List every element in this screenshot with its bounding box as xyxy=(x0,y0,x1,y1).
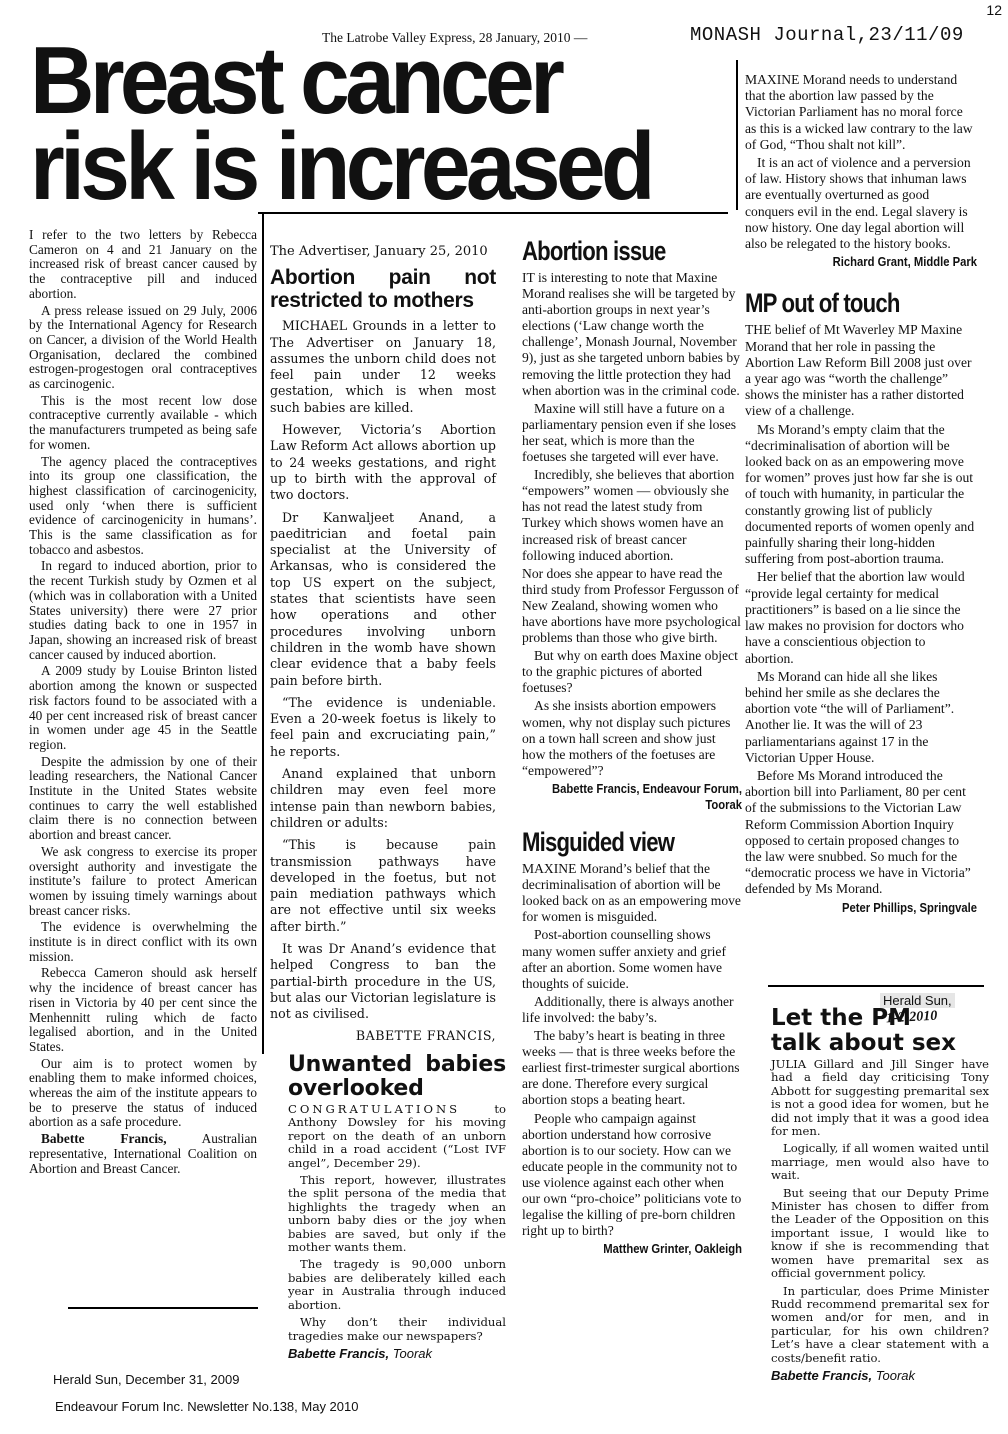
paragraph: The evidence is overwhelming the institu… xyxy=(29,920,257,964)
paragraph: We ask congress to exercise its proper o… xyxy=(29,845,257,919)
signature-place: Toorak xyxy=(389,1346,432,1361)
pm-headline-line-1: Let the PM xyxy=(771,1006,989,1031)
paragraph: Logically, if all women waited until mar… xyxy=(771,1142,989,1182)
paragraph: But why on earth does Maxine object to t… xyxy=(522,648,742,696)
paragraph: Post-abortion counselling shows many wom… xyxy=(522,927,742,991)
signature: Richard Grant, Middle Park xyxy=(768,254,977,270)
paragraph: In particular, does Prime Minister Rudd … xyxy=(771,1285,989,1365)
paragraph: A press release issued on 29 July, 2006 … xyxy=(29,304,257,392)
paragraph: JULIA Gillard and Jill Singer have had a… xyxy=(771,1058,989,1138)
paragraph: Ms Morand can hide all she likes behind … xyxy=(745,669,977,766)
advertiser-letter: The Advertiser, January 25, 2010 Abortio… xyxy=(270,244,496,1045)
paragraph: The agency placed the contraceptives int… xyxy=(29,455,257,558)
paragraph: I refer to the two letters by Rebecca Ca… xyxy=(29,228,257,302)
paragraph: Before Ms Morand introduced the abortion… xyxy=(745,768,977,898)
signature-line-1: Babette Francis, Endeavour Forum, xyxy=(544,781,742,797)
paragraph: However, Victoria’s Abortion Law Reform … xyxy=(270,422,496,503)
signature-place: Toorak xyxy=(872,1368,915,1383)
column-divider-left xyxy=(262,214,264,1054)
headline-line-2: risk is increased xyxy=(30,124,681,210)
paragraph: As she insists abortion empowers women, … xyxy=(522,698,742,778)
signature: Babette Francis, Toorak xyxy=(771,1369,989,1382)
signature-name: Babette Francis, xyxy=(288,1346,389,1361)
paragraph: Rebecca Cameron should ask herself why t… xyxy=(29,966,257,1054)
signature: Babette Francis, Toorak xyxy=(288,1347,506,1360)
pm-headline-line-2: talk about sex xyxy=(771,1031,989,1056)
lead-paragraph: CONGRATULATIONS to Anthony Dowsley for h… xyxy=(288,1103,506,1170)
abortion-issue-headline: Abortion issue xyxy=(522,236,702,266)
paragraph: “This is because pain transmission pathw… xyxy=(270,837,496,935)
signature: Matthew Grinter, Oakleigh xyxy=(544,1241,742,1257)
paragraph: This report, however, illustrates the sp… xyxy=(288,1174,506,1254)
paragraph: Anand explained that unborn children may… xyxy=(270,766,496,831)
paragraph: But seeing that our Deputy Prime Ministe… xyxy=(771,1187,989,1281)
paragraph: Ms Morand’s empty claim that the “decrim… xyxy=(745,422,977,568)
paragraph: This is the most recent low dose contrac… xyxy=(29,394,257,453)
paragraph: Her belief that the abortion law would “… xyxy=(745,569,977,666)
paragraph: Nor does she appear to have read the thi… xyxy=(522,566,742,646)
unwanted-babies-headline: Unwanted babies overlooked xyxy=(288,1053,506,1101)
monash-source-label: MONASH Journal,23/11/09 xyxy=(690,24,964,46)
advertiser-headline: Abortion pain not restricted to mothers xyxy=(270,266,496,312)
headline-underline xyxy=(258,212,728,214)
paragraph: MICHAEL Grounds in a letter to The Adver… xyxy=(270,318,496,416)
monash-column: MAXINE Morand needs to understand that t… xyxy=(745,72,977,916)
paragraph: Dr Kanwaljeet Anand, a paeditrician and … xyxy=(270,510,496,689)
paragraph: Despite the admission by one of their le… xyxy=(29,755,257,843)
paragraph: It was Dr Anand’s evidence that helped C… xyxy=(270,941,496,1022)
signature: Babette Francis, Australian representati… xyxy=(29,1132,257,1176)
signature: Peter Phillips, Springvale xyxy=(768,900,977,916)
paragraph: Our aim is to protect women by enabling … xyxy=(29,1057,257,1131)
paragraph: Incredibly, she believes that abortion “… xyxy=(522,467,742,564)
abortion-issue-column: Abortion issue IT is interesting to note… xyxy=(522,236,742,1257)
misguided-view-headline: Misguided view xyxy=(522,827,702,857)
unwanted-babies-letter: Unwanted babies overlooked CONGRATULATIO… xyxy=(288,1053,506,1360)
headline-line-1: Breast cancer xyxy=(30,38,681,124)
herald-sun-source-label: Herald Sun, December 31, 2009 xyxy=(53,1372,239,1387)
breast-cancer-end-rule xyxy=(68,1307,258,1309)
paragraph: A 2009 study by Louise Brinton listed ab… xyxy=(29,664,257,752)
main-headline: Breast cancer risk is increased xyxy=(30,38,681,210)
paragraph: It is an act of violence and a perversio… xyxy=(745,155,977,252)
signature: BABETTE FRANCIS, xyxy=(270,1028,496,1044)
paragraph: Additionally, there is always another li… xyxy=(522,994,742,1026)
paragraph: The baby’s heart is beating in three wee… xyxy=(522,1028,742,1108)
paragraph: THE belief of Mt Waverley MP Maxine Mora… xyxy=(745,322,977,419)
advertiser-source-label: The Advertiser, January 25, 2010 xyxy=(270,244,496,260)
pm-letter: Let the PM talk about sex JULIA Gillard … xyxy=(771,1006,989,1382)
signature-name: Babette Francis, xyxy=(41,1131,167,1146)
monash-divider xyxy=(736,60,738,210)
mp-letter-end-rule xyxy=(768,985,984,987)
paragraph: Why don’t their individual tragedies mak… xyxy=(288,1316,506,1343)
signature-name: Babette Francis, xyxy=(771,1368,872,1383)
newsletter-footer: Endeavour Forum Inc. Newsletter No.138, … xyxy=(55,1399,358,1414)
breast-cancer-letter: I refer to the two letters by Rebecca Ca… xyxy=(29,228,257,1178)
paragraph: In regard to induced abortion, prior to … xyxy=(29,559,257,662)
paragraph: “The evidence is undeniable. Even a 20-w… xyxy=(270,695,496,760)
paragraph: Maxine will still have a future on a par… xyxy=(522,401,742,465)
mp-out-of-touch-headline: MP out of touch xyxy=(745,288,935,318)
paragraph: People who campaign against abortion und… xyxy=(522,1111,742,1240)
paragraph: The tragedy is 90,000 unborn babies are … xyxy=(288,1258,506,1312)
paragraph: IT is interesting to note that Maxine Mo… xyxy=(522,270,742,399)
lead-caps: CONGRATULATIONS xyxy=(288,1102,460,1116)
page-number: 12 xyxy=(986,2,1002,18)
paragraph: MAXINE Morand’s belief that the decrimin… xyxy=(522,861,742,925)
signature-line-2: Toorak xyxy=(544,797,742,813)
paragraph: MAXINE Morand needs to understand that t… xyxy=(745,72,977,153)
